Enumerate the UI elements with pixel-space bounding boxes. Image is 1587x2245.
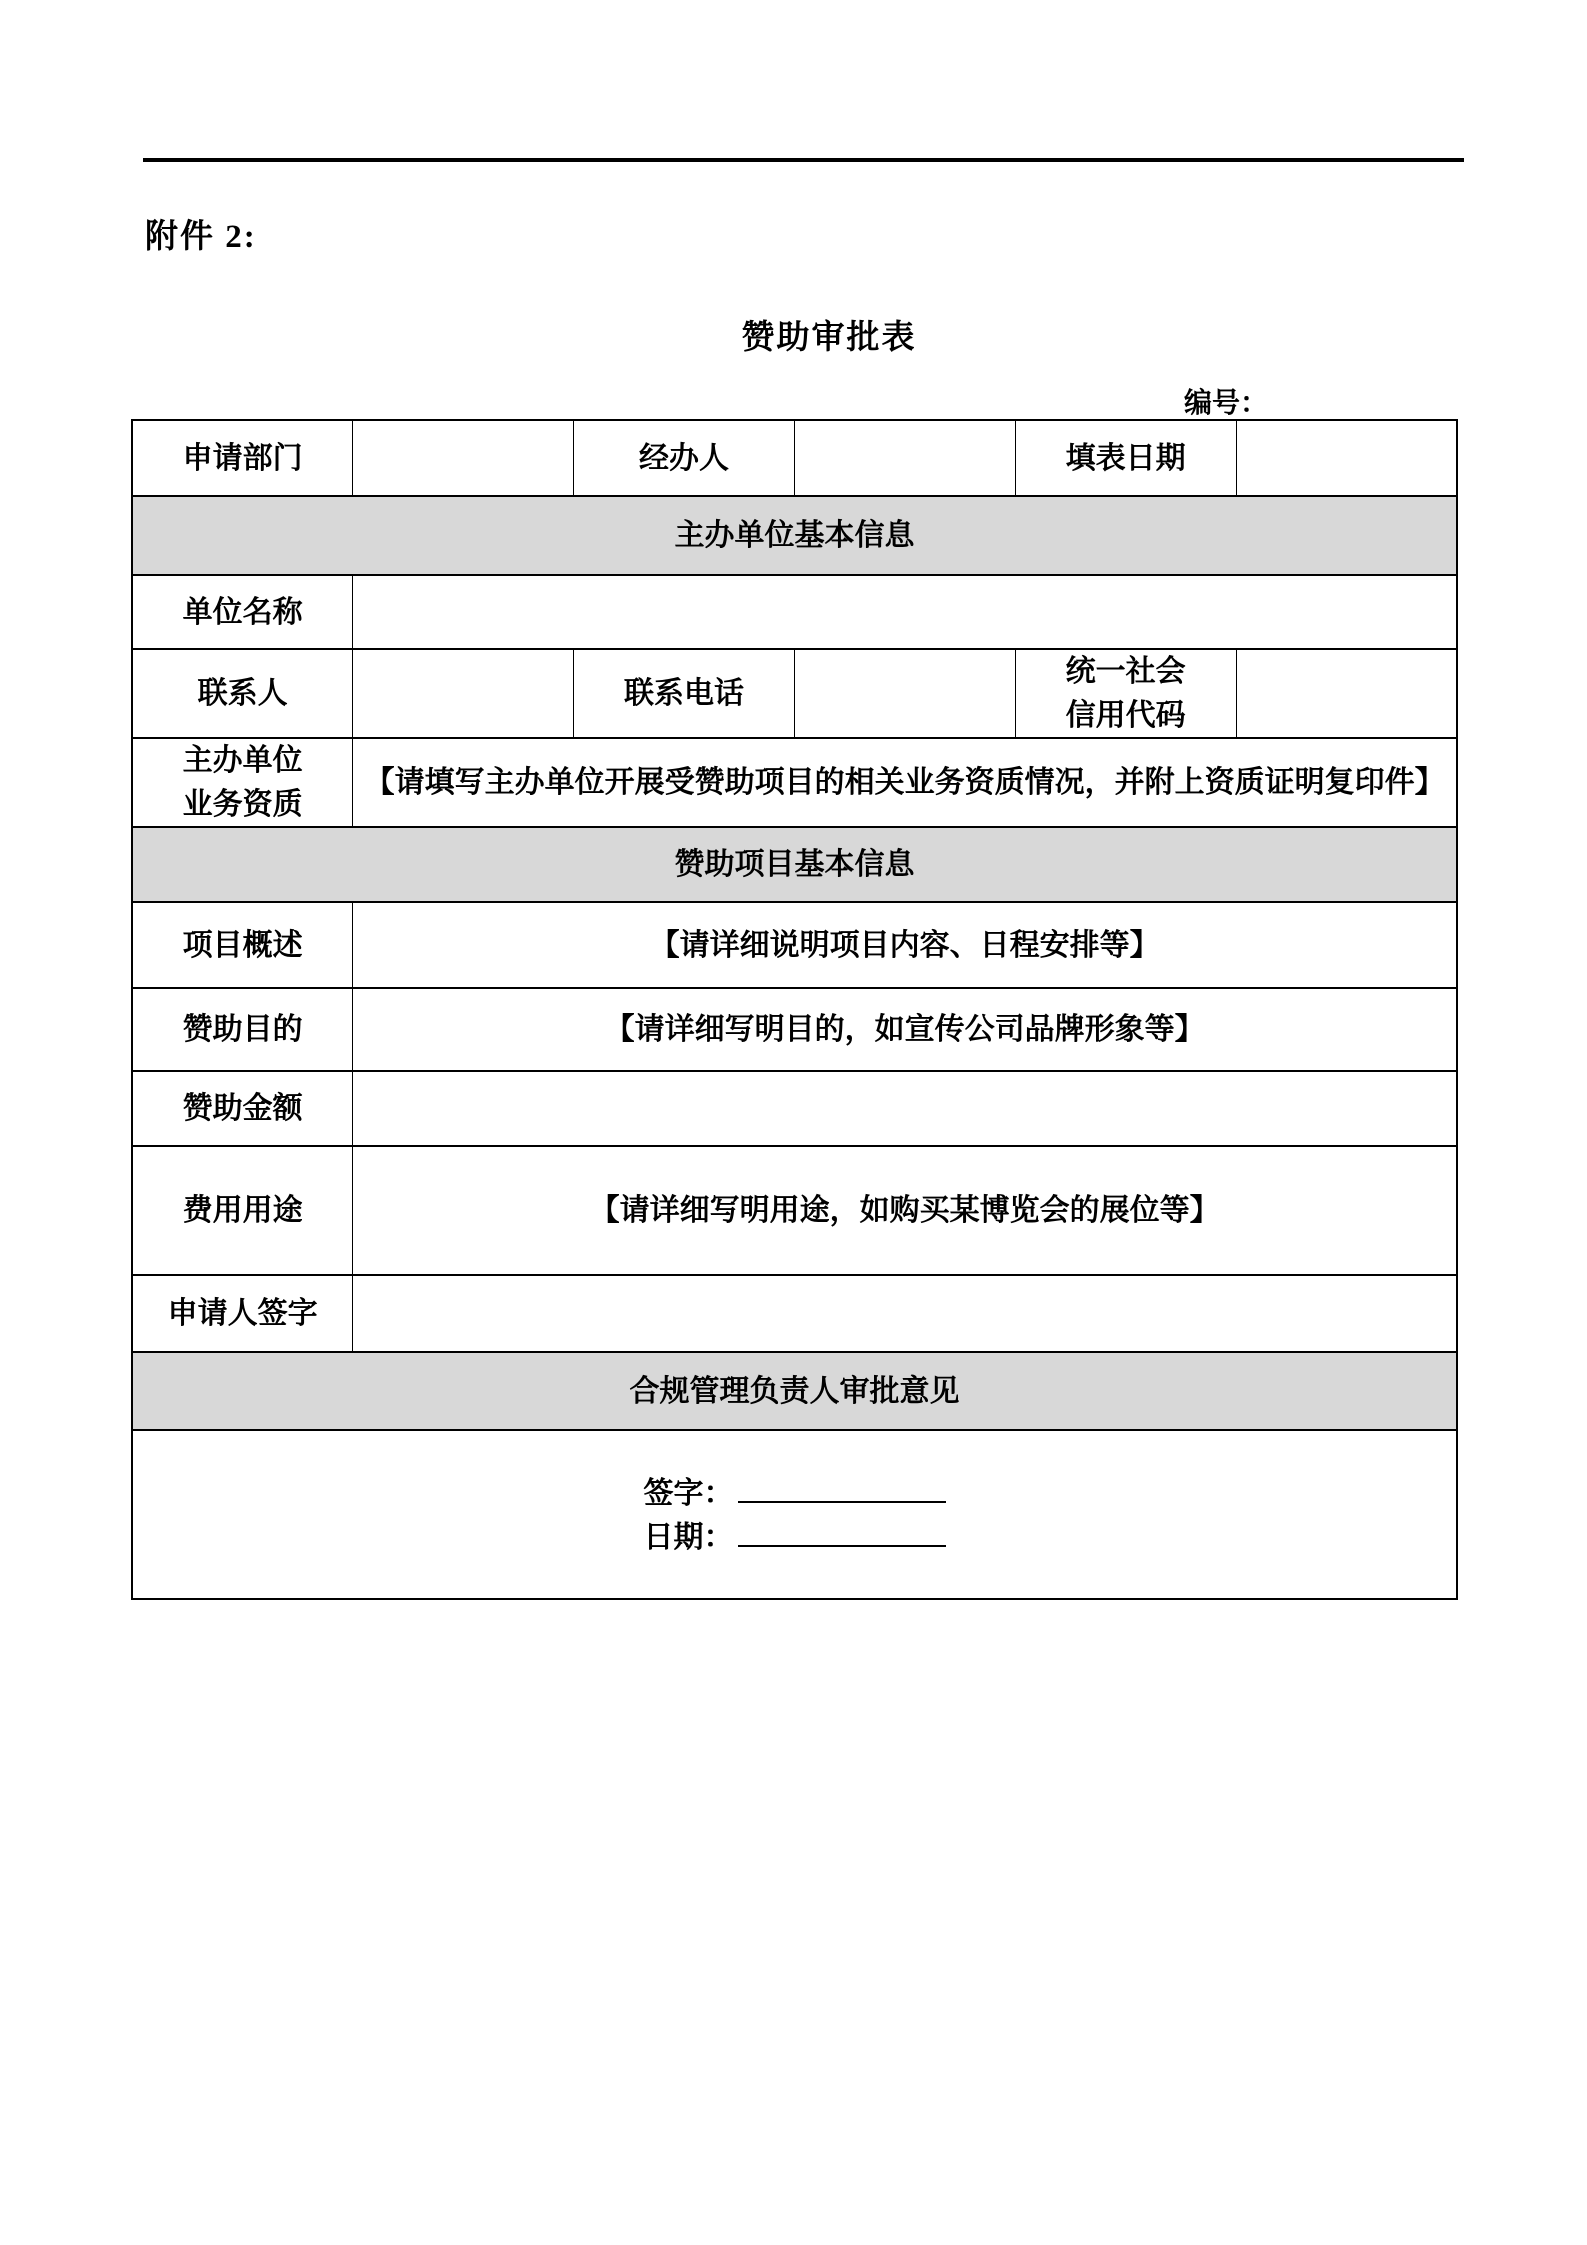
table-row: 赞助金额 [132, 1071, 1457, 1146]
approval-date-line: 日期： [133, 1515, 1456, 1559]
table-row: 申请人签字 [132, 1275, 1457, 1352]
phone-input-cell[interactable] [794, 649, 1015, 738]
table-row: 项目概述 【请详细说明项目内容、日程安排等】 [132, 902, 1457, 988]
table-row: 赞助项目基本信息 [132, 827, 1457, 902]
table-row: 签字： 日期： [132, 1430, 1457, 1599]
table-row: 主办单位基本信息 [132, 496, 1457, 575]
approval-date-blank[interactable] [738, 1515, 946, 1547]
unit-name-label-cell: 单位名称 [132, 575, 353, 649]
qualification-label-cell: 主办单位 业务资质 [132, 738, 353, 827]
table-row: 申请部门 经办人 填表日期 [132, 420, 1457, 496]
amount-label-cell: 赞助金额 [132, 1071, 353, 1146]
approval-sign-blank[interactable] [738, 1471, 946, 1503]
purpose-label-cell: 赞助目的 [132, 988, 353, 1071]
page-title: 赞助审批表 [131, 311, 1527, 358]
org-info-section-header: 主办单位基本信息 [132, 496, 1457, 575]
table-row: 主办单位 业务资质 【请填写主办单位开展受赞助项目的相关业务资质情况，并附上资质… [132, 738, 1457, 827]
applicant-sign-label-cell: 申请人签字 [132, 1275, 353, 1352]
header-rule [143, 158, 1464, 162]
credit-code-label-line1: 统一社会 [1016, 650, 1236, 694]
dept-label-cell: 申请部门 [132, 420, 353, 496]
table-row: 联系人 联系电话 统一社会 信用代码 [132, 649, 1457, 738]
dept-input-cell[interactable] [353, 420, 574, 496]
contact-input-cell[interactable] [353, 649, 574, 738]
applicant-sign-input-cell[interactable] [353, 1275, 1457, 1352]
unit-name-input-cell[interactable] [353, 575, 1457, 649]
table-row: 单位名称 [132, 575, 1457, 649]
phone-label-cell: 联系电话 [574, 649, 795, 738]
purpose-hint-cell[interactable]: 【请详细写明目的，如宣传公司品牌形象等】 [353, 988, 1457, 1071]
approval-sign-line: 签字： [133, 1471, 1456, 1515]
sponsorship-approval-table: 申请部门 经办人 填表日期 主办单位基本信息 单位名称 联系人 联系电话 统一社… [131, 419, 1458, 1600]
serial-number-label: 编号： [1184, 381, 1268, 421]
approval-section-header: 合规管理负责人审批意见 [132, 1352, 1457, 1430]
amount-input-cell[interactable] [353, 1071, 1457, 1146]
table-row: 费用用途 【请详细写明用途，如购买某博览会的展位等】 [132, 1146, 1457, 1275]
table-row: 合规管理负责人审批意见 [132, 1352, 1457, 1430]
handler-label-cell: 经办人 [574, 420, 795, 496]
usage-label-cell: 费用用途 [132, 1146, 353, 1275]
qualification-label-line1: 主办单位 [133, 739, 352, 783]
approval-comment-cell[interactable]: 签字： 日期： [132, 1430, 1457, 1599]
overview-hint-cell[interactable]: 【请详细说明项目内容、日程安排等】 [353, 902, 1457, 988]
contact-label-cell: 联系人 [132, 649, 353, 738]
fill-date-label-cell: 填表日期 [1015, 420, 1236, 496]
qualification-hint-cell[interactable]: 【请填写主办单位开展受赞助项目的相关业务资质情况，并附上资质证明复印件】 [353, 738, 1457, 827]
approval-date-label: 日期： [644, 1521, 734, 1554]
fill-date-input-cell[interactable] [1236, 420, 1457, 496]
document-page: 附件 2: 赞助审批表 编号： 申请部门 经办人 填表日期 主办单位基本信息 单… [0, 0, 1587, 2245]
handler-input-cell[interactable] [794, 420, 1015, 496]
credit-code-label-cell: 统一社会 信用代码 [1015, 649, 1236, 738]
project-info-section-header: 赞助项目基本信息 [132, 827, 1457, 902]
approval-sign-label: 签字： [644, 1477, 734, 1510]
usage-hint-cell[interactable]: 【请详细写明用途，如购买某博览会的展位等】 [353, 1146, 1457, 1275]
credit-code-label-line2: 信用代码 [1016, 694, 1236, 738]
qualification-label-line2: 业务资质 [133, 783, 352, 827]
overview-label-cell: 项目概述 [132, 902, 353, 988]
attachment-label: 附件 2: [145, 210, 257, 257]
credit-code-input-cell[interactable] [1236, 649, 1457, 738]
table-row: 赞助目的 【请详细写明目的，如宣传公司品牌形象等】 [132, 988, 1457, 1071]
